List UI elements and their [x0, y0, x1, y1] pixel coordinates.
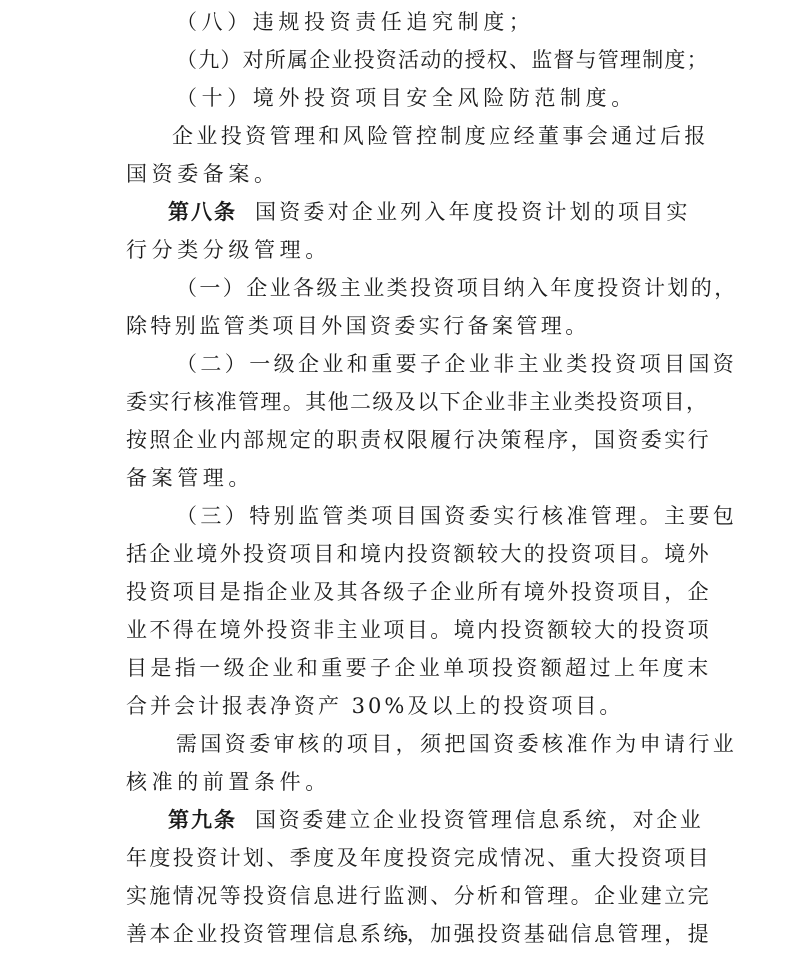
line-text: 括企业境外投资项目和境内投资额较大的投资项目。境外: [126, 542, 711, 566]
line-text: 业不得在境外投资非主业项目。境内投资额较大的投资项: [126, 618, 711, 642]
article-9-heading-line: 第九条国资委建立企业投资管理信息系统，对企业: [168, 801, 678, 839]
text-line: 需国资委审核的项目，须把国资委核准作为申请行业: [176, 725, 686, 763]
line-text: 善本企业投资管理信息系统，加强投资基础信息管理，提: [126, 922, 711, 946]
text-line: 核准的前置条件。: [126, 763, 686, 801]
line-text: 企业投资管理和风险管控制度应经董事会通过后报: [172, 124, 709, 148]
text-line: 年度投资计划、季度及年度投资完成情况、重大投资项目: [126, 839, 686, 877]
text-line: （一）企业各级主业类投资项目纳入年度投资计划的，: [176, 269, 686, 307]
text-line: （八）违规投资责任追究制度；: [176, 3, 686, 41]
document-page: （八）违规投资责任追究制度； （九）对所属企业投资活动的授权、监督与管理制度； …: [0, 0, 800, 962]
text-line: 企业投资管理和风险管控制度应经董事会通过后报: [172, 117, 732, 155]
line-text: 实施情况等投资信息进行监测、分析和管理。企业建立完: [126, 884, 711, 908]
text-line: 括企业境外投资项目和境内投资额较大的投资项目。境外: [126, 535, 686, 573]
text-line: 实施情况等投资信息进行监测、分析和管理。企业建立完: [126, 877, 686, 915]
article-8-heading-line: 第八条国资委对企业列入年度投资计划的项目实: [168, 193, 678, 231]
line-text: 核准的前置条件。: [126, 770, 331, 794]
text-line: 善本企业投资管理信息系统，加强投资基础信息管理，提: [126, 915, 686, 953]
line-text: （九）对所属企业投资活动的授权、监督与管理制度；: [176, 48, 709, 72]
line-text: 需国资委审核的项目，须把国资委核准作为申请行业: [176, 732, 737, 756]
line-text: （十）境外投资项目安全风险防范制度。: [176, 86, 637, 110]
text-line: 目是指一级企业和重要子企业单项投资额超过上年度末: [126, 649, 686, 687]
text-line: 委实行核准管理。其他二级及以下企业非主业类投资项目，: [126, 383, 686, 421]
line-text: （二）一级企业和重要子企业非主业类投资项目国资: [176, 352, 737, 376]
line-text: 国资委备案。: [126, 162, 280, 186]
text-line: 行分类分级管理。: [126, 231, 686, 269]
line-text: 国资委对企业列入年度投资计划的项目实: [255, 200, 691, 224]
text-line: 合并会计报表净资产 30%及以上的投资项目。: [126, 687, 686, 725]
line-text: 除特别监管类项目外国资委实行备案管理。: [126, 314, 590, 338]
text-line: （二）一级企业和重要子企业非主业类投资项目国资: [176, 345, 686, 383]
text-line: （三）特别监管类项目国资委实行核准管理。主要包: [176, 497, 686, 535]
line-text: 按照企业内部规定的职责权限履行决策程序，国资委实行: [126, 428, 711, 452]
text-line: 按照企业内部规定的职责权限履行决策程序，国资委实行: [126, 421, 686, 459]
line-text: （三）特别监管类项目国资委实行核准管理。主要包: [176, 504, 737, 528]
line-text: 国资委建立企业投资管理信息系统，对企业: [255, 808, 703, 832]
line-text: 行分类分级管理。: [126, 238, 331, 262]
line-text: 投资项目是指企业及其各级子企业所有境外投资项目，企: [126, 580, 711, 604]
article-heading: 第九条: [168, 808, 237, 832]
line-text: 合并会计报表净资产 30%及以上的投资项目。: [126, 694, 623, 718]
line-text: 委实行核准管理。其他二级及以下企业非主业类投资项目，: [126, 390, 708, 414]
line-text: （八）违规投资责任追究制度；: [176, 10, 534, 34]
line-text: 备案管理。: [126, 466, 254, 490]
text-line: 业不得在境外投资非主业项目。境内投资额较大的投资项: [126, 611, 686, 649]
text-line: 除特别监管类项目外国资委实行备案管理。: [126, 307, 686, 345]
text-line: 投资项目是指企业及其各级子企业所有境外投资项目，企: [126, 573, 686, 611]
text-line: （九）对所属企业投资活动的授权、监督与管理制度；: [176, 41, 686, 79]
line-text: 目是指一级企业和重要子企业单项投资额超过上年度末: [126, 656, 712, 680]
text-line: 备案管理。: [126, 459, 686, 497]
article-heading: 第八条: [168, 200, 237, 224]
line-text: 年度投资计划、季度及年度投资完成情况、重大投资项目: [126, 846, 711, 870]
text-line: 国资委备案。: [126, 155, 686, 193]
line-text: （一）企业各级主业类投资项目纳入年度投资计划的，: [176, 276, 738, 300]
text-line: （十）境外投资项目安全风险防范制度。: [176, 79, 686, 117]
